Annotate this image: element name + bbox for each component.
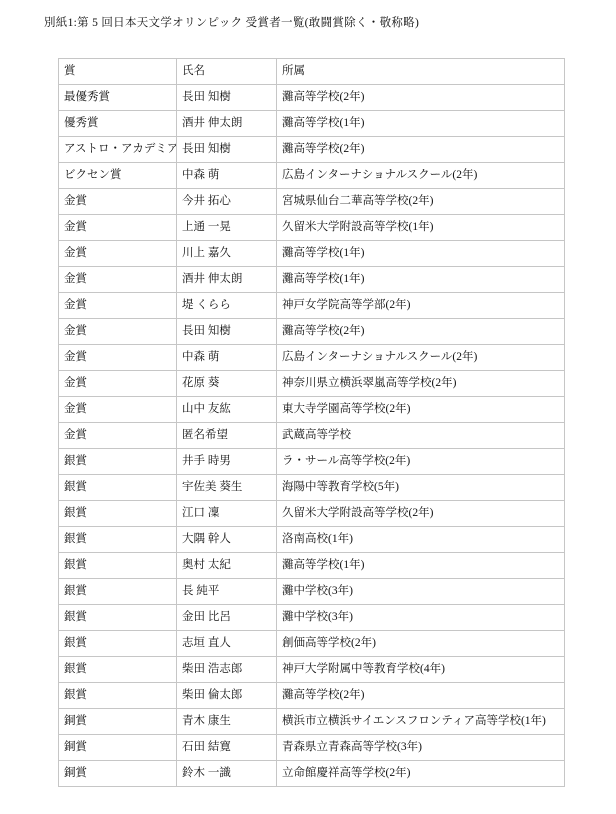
table-row: 金賞 上通 一晃 久留米大学附設高等学校(1年) — [59, 215, 565, 241]
table-row: 銅賞 鈴木 一識 立命館慶祥高等学校(2年) — [59, 761, 565, 787]
name-cell: 酒井 伸太朗 — [177, 111, 277, 137]
award-cell: 金賞 — [59, 345, 177, 371]
table-row: 銀賞 江口 凜 久留米大学附設高等学校(2年) — [59, 501, 565, 527]
affiliation-cell: 横浜市立横浜サイエンスフロンティア高等学校(1年) — [277, 709, 565, 735]
name-cell: 宇佐美 葵生 — [177, 475, 277, 501]
affiliation-cell: 創価高等学校(2年) — [277, 631, 565, 657]
award-cell: 銀賞 — [59, 657, 177, 683]
table-row: 銀賞 大隅 幹人 洛南高校(1年) — [59, 527, 565, 553]
award-cell: アストロ・アカデミア賞 — [59, 137, 177, 163]
column-header-name: 氏名 — [177, 59, 277, 85]
table-row: アストロ・アカデミア賞 長田 知樹 灘高等学校(2年) — [59, 137, 565, 163]
name-cell: 長田 知樹 — [177, 137, 277, 163]
table-row: 銅賞 青木 康生 横浜市立横浜サイエンスフロンティア高等学校(1年) — [59, 709, 565, 735]
table-row: 銅賞 石田 結寛 青森県立青森高等学校(3年) — [59, 735, 565, 761]
table-row: 金賞 川上 嘉久 灘高等学校(1年) — [59, 241, 565, 267]
table-row: 金賞 山中 友紘 東大寺学園高等学校(2年) — [59, 397, 565, 423]
award-cell: 金賞 — [59, 189, 177, 215]
award-cell: 銀賞 — [59, 605, 177, 631]
affiliation-cell: 灘高等学校(1年) — [277, 553, 565, 579]
name-cell: 青木 康生 — [177, 709, 277, 735]
award-cell: 金賞 — [59, 371, 177, 397]
column-header-affiliation: 所属 — [277, 59, 565, 85]
award-cell: 銀賞 — [59, 579, 177, 605]
affiliation-cell: 神戸女学院高等学部(2年) — [277, 293, 565, 319]
table-row: 銀賞 志垣 直人 創価高等学校(2年) — [59, 631, 565, 657]
award-cell: 金賞 — [59, 267, 177, 293]
affiliation-cell: 広島インターナショナルスクール(2年) — [277, 163, 565, 189]
affiliation-cell: 灘高等学校(2年) — [277, 683, 565, 709]
name-cell: 鈴木 一識 — [177, 761, 277, 787]
table-row: 最優秀賞 長田 知樹 灘高等学校(2年) — [59, 85, 565, 111]
affiliation-cell: 青森県立青森高等学校(3年) — [277, 735, 565, 761]
affiliation-cell: 灘高等学校(1年) — [277, 111, 565, 137]
name-cell: 上通 一晃 — [177, 215, 277, 241]
name-cell: 堤 くらら — [177, 293, 277, 319]
affiliation-cell: 灘高等学校(2年) — [277, 319, 565, 345]
award-cell: 金賞 — [59, 241, 177, 267]
name-cell: 大隅 幹人 — [177, 527, 277, 553]
table-row: ビクセン賞 中森 萌 広島インターナショナルスクール(2年) — [59, 163, 565, 189]
name-cell: 中森 萌 — [177, 163, 277, 189]
name-cell: 江口 凜 — [177, 501, 277, 527]
award-cell: 最優秀賞 — [59, 85, 177, 111]
affiliation-cell: 広島インターナショナルスクール(2年) — [277, 345, 565, 371]
name-cell: 井手 時男 — [177, 449, 277, 475]
page-title: 別紙1:第 5 回日本天文学オリンピック 受賞者一覧(敢闘賞除く・敬称略) — [44, 16, 419, 31]
award-cell: 銀賞 — [59, 449, 177, 475]
award-cell: 金賞 — [59, 423, 177, 449]
awards-table: 賞 氏名 所属 最優秀賞 長田 知樹 灘高等学校(2年) 優秀賞 酒井 伸太朗 … — [58, 58, 565, 787]
award-cell: 優秀賞 — [59, 111, 177, 137]
affiliation-cell: 東大寺学園高等学校(2年) — [277, 397, 565, 423]
award-cell: 金賞 — [59, 319, 177, 345]
award-cell: 銅賞 — [59, 761, 177, 787]
table-row: 金賞 中森 萌 広島インターナショナルスクール(2年) — [59, 345, 565, 371]
award-cell: 金賞 — [59, 397, 177, 423]
affiliation-cell: 神奈川県立横浜翠嵐高等学校(2年) — [277, 371, 565, 397]
table-header-row: 賞 氏名 所属 — [59, 59, 565, 85]
award-cell: 金賞 — [59, 293, 177, 319]
award-cell: 銀賞 — [59, 683, 177, 709]
name-cell: 中森 萌 — [177, 345, 277, 371]
name-cell: 匿名希望 — [177, 423, 277, 449]
table-row: 優秀賞 酒井 伸太朗 灘高等学校(1年) — [59, 111, 565, 137]
table-row: 金賞 長田 知樹 灘高等学校(2年) — [59, 319, 565, 345]
affiliation-cell: 久留米大学附設高等学校(2年) — [277, 501, 565, 527]
table-row: 銀賞 柴田 倫太郎 灘高等学校(2年) — [59, 683, 565, 709]
name-cell: 奥村 太紀 — [177, 553, 277, 579]
award-cell: 金賞 — [59, 215, 177, 241]
name-cell: 川上 嘉久 — [177, 241, 277, 267]
affiliation-cell: 灘高等学校(2年) — [277, 137, 565, 163]
affiliation-cell: 灘中学校(3年) — [277, 579, 565, 605]
affiliation-cell: 海陽中等教育学校(5年) — [277, 475, 565, 501]
award-cell: 銅賞 — [59, 735, 177, 761]
award-cell: 銀賞 — [59, 553, 177, 579]
affiliation-cell: 灘高等学校(2年) — [277, 85, 565, 111]
table-row: 金賞 匿名希望 武蔵高等学校 — [59, 423, 565, 449]
table-row: 銀賞 柴田 浩志郎 神戸大学附属中等教育学校(4年) — [59, 657, 565, 683]
name-cell: 山中 友紘 — [177, 397, 277, 423]
name-cell: 今井 拓心 — [177, 189, 277, 215]
table-row: 金賞 酒井 伸太朗 灘高等学校(1年) — [59, 267, 565, 293]
affiliation-cell: ラ・サール高等学校(2年) — [277, 449, 565, 475]
award-cell: 銅賞 — [59, 709, 177, 735]
name-cell: 志垣 直人 — [177, 631, 277, 657]
affiliation-cell: 灘高等学校(1年) — [277, 241, 565, 267]
award-cell: 銀賞 — [59, 501, 177, 527]
affiliation-cell: 灘高等学校(1年) — [277, 267, 565, 293]
affiliation-cell: 立命館慶祥高等学校(2年) — [277, 761, 565, 787]
name-cell: 長 純平 — [177, 579, 277, 605]
table-row: 金賞 堤 くらら 神戸女学院高等学部(2年) — [59, 293, 565, 319]
column-header-award: 賞 — [59, 59, 177, 85]
affiliation-cell: 神戸大学附属中等教育学校(4年) — [277, 657, 565, 683]
name-cell: 金田 比呂 — [177, 605, 277, 631]
affiliation-cell: 灘中学校(3年) — [277, 605, 565, 631]
award-cell: 銀賞 — [59, 631, 177, 657]
name-cell: 花原 葵 — [177, 371, 277, 397]
name-cell: 柴田 倫太郎 — [177, 683, 277, 709]
award-cell: 銀賞 — [59, 527, 177, 553]
table-row: 銀賞 奥村 太紀 灘高等学校(1年) — [59, 553, 565, 579]
affiliation-cell: 宮城県仙台二華高等学校(2年) — [277, 189, 565, 215]
awards-table-body: 最優秀賞 長田 知樹 灘高等学校(2年) 優秀賞 酒井 伸太朗 灘高等学校(1年… — [59, 85, 565, 787]
table-row: 金賞 花原 葵 神奈川県立横浜翠嵐高等学校(2年) — [59, 371, 565, 397]
name-cell: 柴田 浩志郎 — [177, 657, 277, 683]
award-cell: 銀賞 — [59, 475, 177, 501]
table-row: 金賞 今井 拓心 宮城県仙台二華高等学校(2年) — [59, 189, 565, 215]
affiliation-cell: 久留米大学附設高等学校(1年) — [277, 215, 565, 241]
table-row: 銀賞 長 純平 灘中学校(3年) — [59, 579, 565, 605]
name-cell: 長田 知樹 — [177, 319, 277, 345]
name-cell: 長田 知樹 — [177, 85, 277, 111]
name-cell: 酒井 伸太朗 — [177, 267, 277, 293]
table-row: 銀賞 宇佐美 葵生 海陽中等教育学校(5年) — [59, 475, 565, 501]
award-cell: ビクセン賞 — [59, 163, 177, 189]
affiliation-cell: 洛南高校(1年) — [277, 527, 565, 553]
affiliation-cell: 武蔵高等学校 — [277, 423, 565, 449]
table-row: 銀賞 金田 比呂 灘中学校(3年) — [59, 605, 565, 631]
table-row: 銀賞 井手 時男 ラ・サール高等学校(2年) — [59, 449, 565, 475]
name-cell: 石田 結寛 — [177, 735, 277, 761]
